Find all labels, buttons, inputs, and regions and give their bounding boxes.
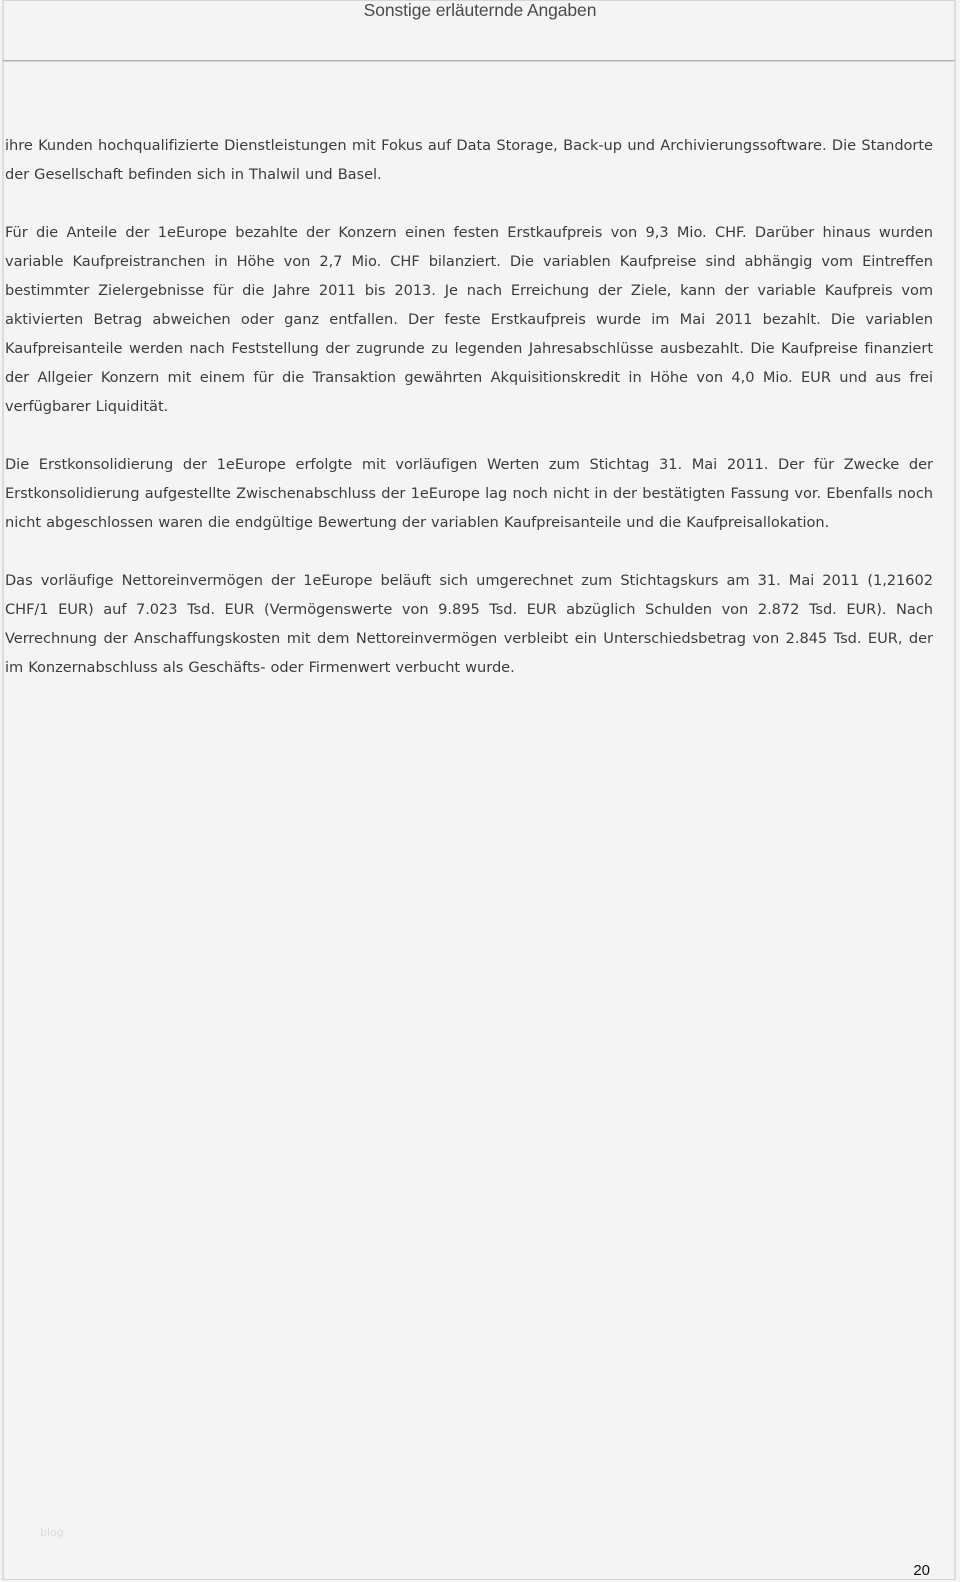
document-body: ihre Kunden hochqualifizierte Dienstleis… <box>5 131 933 711</box>
paragraph-net-assets: Das vorläufige Nettoreinvermögen der 1eE… <box>5 566 933 682</box>
page-header: Sonstige erläuternde Angaben <box>0 0 960 20</box>
page-number: 20 <box>913 1562 930 1579</box>
paragraph-initial-consolidation: Die Erstkonsolidierung der 1eEurope erfo… <box>5 450 933 537</box>
paragraph-company-intro: ihre Kunden hochqualifizierte Dienstleis… <box>5 131 933 189</box>
paragraph-purchase-price: Für die Anteile der 1eEurope bezahlte de… <box>5 218 933 421</box>
header-divider <box>3 60 955 62</box>
watermark: blog <box>40 1526 64 1539</box>
